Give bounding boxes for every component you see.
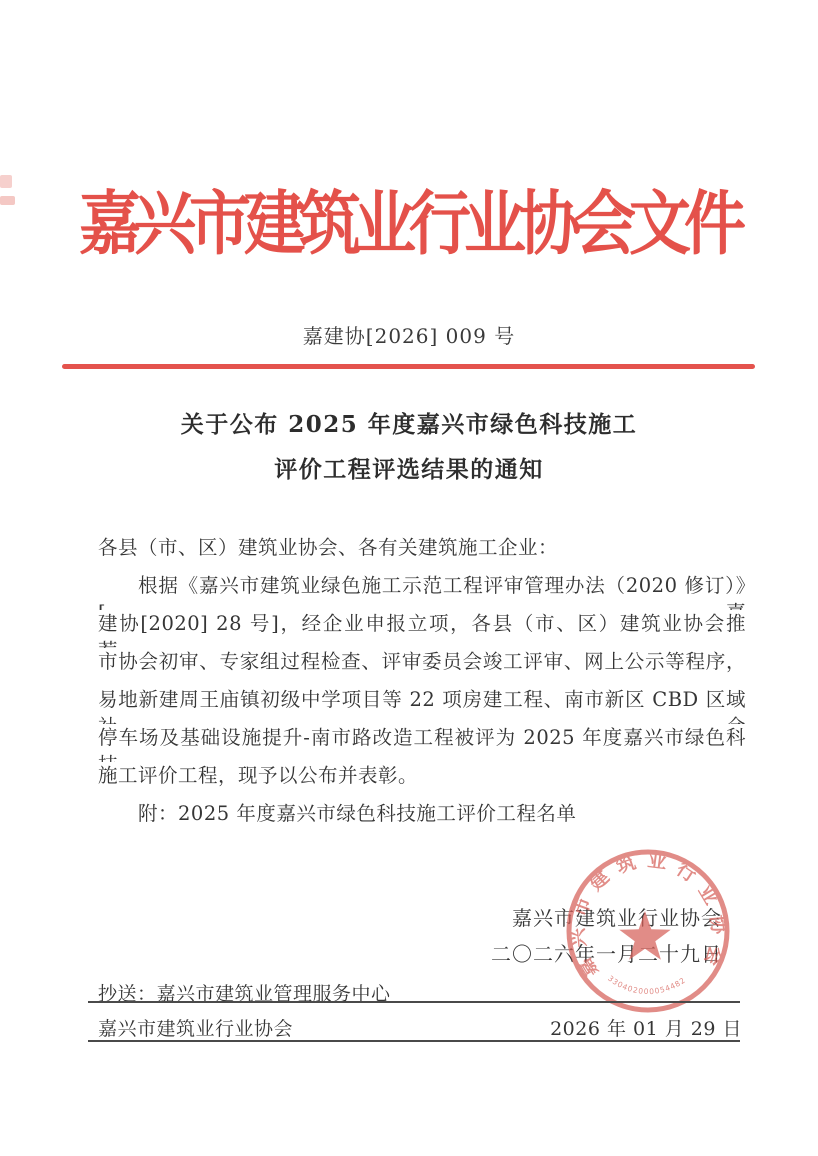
footer-rule-bottom [88, 1040, 740, 1042]
signature-block: 嘉兴市建筑业行业协会 二〇二六年一月二十九日 [491, 900, 722, 972]
body-line: 施工评价工程，现予以公布并表彰。 [98, 762, 746, 800]
seal-serial-number: 330402000054482 [606, 974, 687, 996]
body-line: 根据《嘉兴市建筑业绿色施工示范工程评审管理办法（2020 修订）》[嘉 [98, 572, 746, 610]
issue-date: 2026 年 01 月 29 日 [550, 1014, 742, 1041]
notice-title-line1: 关于公布 2025 年度嘉兴市绿色科技施工 [0, 406, 818, 439]
signature-date: 二〇二六年一月二十九日 [491, 936, 722, 972]
body-line: 停车场及基础设施提升-南市路改造工程被评为 2025 年度嘉兴市绿色科技 [98, 724, 746, 762]
footer-rule-top [88, 1001, 740, 1003]
attachment-line: 附：2025 年度嘉兴市绿色科技施工评价工程名单 [98, 800, 786, 838]
body-line: 市协会初审、专家组过程检查、评审委员会竣工评审、网上公示等程序， [98, 648, 746, 686]
document-page: 嘉兴市建筑业行业协会文件 嘉建协[2026] 009 号 关于公布 2025 年… [0, 0, 818, 1156]
issuer-name: 嘉兴市建筑业行业协会 [98, 1014, 293, 1041]
signature-organization: 嘉兴市建筑业行业协会 [491, 900, 722, 936]
red-divider-line [62, 364, 755, 369]
body-line: 易地新建周王庙镇初级中学项目等 22 项房建工程、南市新区 CBD 区域社会 [98, 686, 746, 724]
document-number: 嘉建协[2026] 009 号 [0, 320, 818, 349]
masthead-title: 嘉兴市建筑业行业协会文件 [0, 168, 818, 268]
salutation-line: 各县（市、区）建筑业协会、各有关建筑施工企业： [98, 534, 746, 572]
body-line: 建协[2020] 28 号]，经企业申报立项，各县（市、区）建筑业协会推荐、 [98, 610, 746, 648]
svg-text:330402000054482: 330402000054482 [606, 974, 687, 996]
notice-title-line2: 评价工程评选结果的通知 [0, 451, 818, 484]
